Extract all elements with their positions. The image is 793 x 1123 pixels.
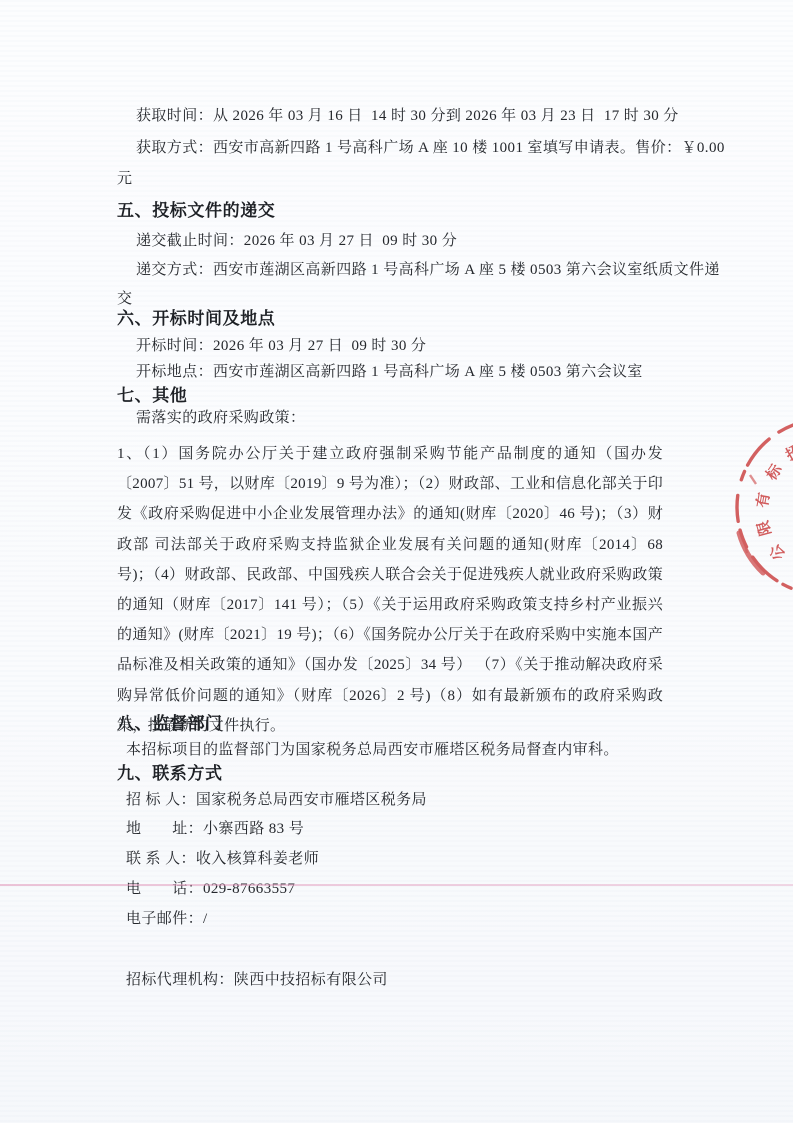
- acquisition-time-line: 获取时间：从 2026 年 03 月 16 日 14 时 30 分到 2026 …: [136, 106, 679, 127]
- submission-method-line: 递交方式：西安市莲湖区高新四路 1 号高科广场 A 座 5 楼 0503 第六会…: [136, 260, 720, 281]
- scan-artifact-pink-line: [0, 884, 793, 886]
- supervision-body-line: 本招标项目的监督部门为国家税务总局西安市雁塔区税务局督查内审科。: [126, 740, 619, 761]
- section8-heading: 八、监督部门: [117, 712, 223, 735]
- red-seal-icon: 招 标 有 限 公: [729, 415, 793, 601]
- stamp-char-5: 公: [766, 540, 789, 563]
- acquisition-method-continuation: 元: [117, 169, 132, 190]
- section7-heading: 七、其他: [117, 384, 187, 407]
- phone-line: 电 话：029-87663557: [126, 879, 295, 900]
- agency-line: 招标代理机构：陕西中技招标有限公司: [126, 970, 388, 991]
- acquisition-method-line: 获取方式：西安市高新四路 1 号高科广场 A 座 10 楼 1001 室填写申请…: [136, 138, 725, 159]
- document-page: 获取时间：从 2026 年 03 月 16 日 14 时 30 分到 2026 …: [0, 0, 793, 1123]
- section9-heading: 九、联系方式: [117, 762, 223, 785]
- section6-heading: 六、开标时间及地点: [117, 307, 275, 330]
- address-line: 地 址：小寨西路 83 号: [126, 819, 304, 840]
- contact-person-line: 联 系 人：收入核算科姜老师: [126, 849, 319, 870]
- stamp-char-2: 标: [762, 461, 786, 485]
- stamp-char-4: 限: [754, 519, 775, 538]
- policy-intro-line: 需落实的政府采购政策：: [136, 408, 305, 429]
- policy-paragraph: 1、（1）国务院办公厅关于建立政府强制采购节能产品制度的通知（国办发〔2007〕…: [117, 439, 663, 741]
- bid-opening-place-line: 开标地点：西安市莲湖区高新四路 1 号高科广场 A 座 5 楼 0503 第六会…: [136, 362, 643, 383]
- email-line: 电子邮件：/: [126, 909, 208, 930]
- section5-heading: 五、投标文件的递交: [117, 199, 275, 222]
- submission-deadline-line: 递交截止时间：2026 年 03 月 27 日 09 时 30 分: [136, 231, 457, 252]
- stamp-char-1: 招: [782, 441, 793, 465]
- red-seal-stamp: 招 标 有 限 公: [729, 415, 793, 601]
- bidder-line: 招 标 人：国家税务总局西安市雁塔区税务局: [126, 790, 427, 811]
- stamp-char-3: 有: [753, 491, 773, 509]
- bid-opening-time-line: 开标时间：2026 年 03 月 27 日 09 时 30 分: [136, 336, 426, 357]
